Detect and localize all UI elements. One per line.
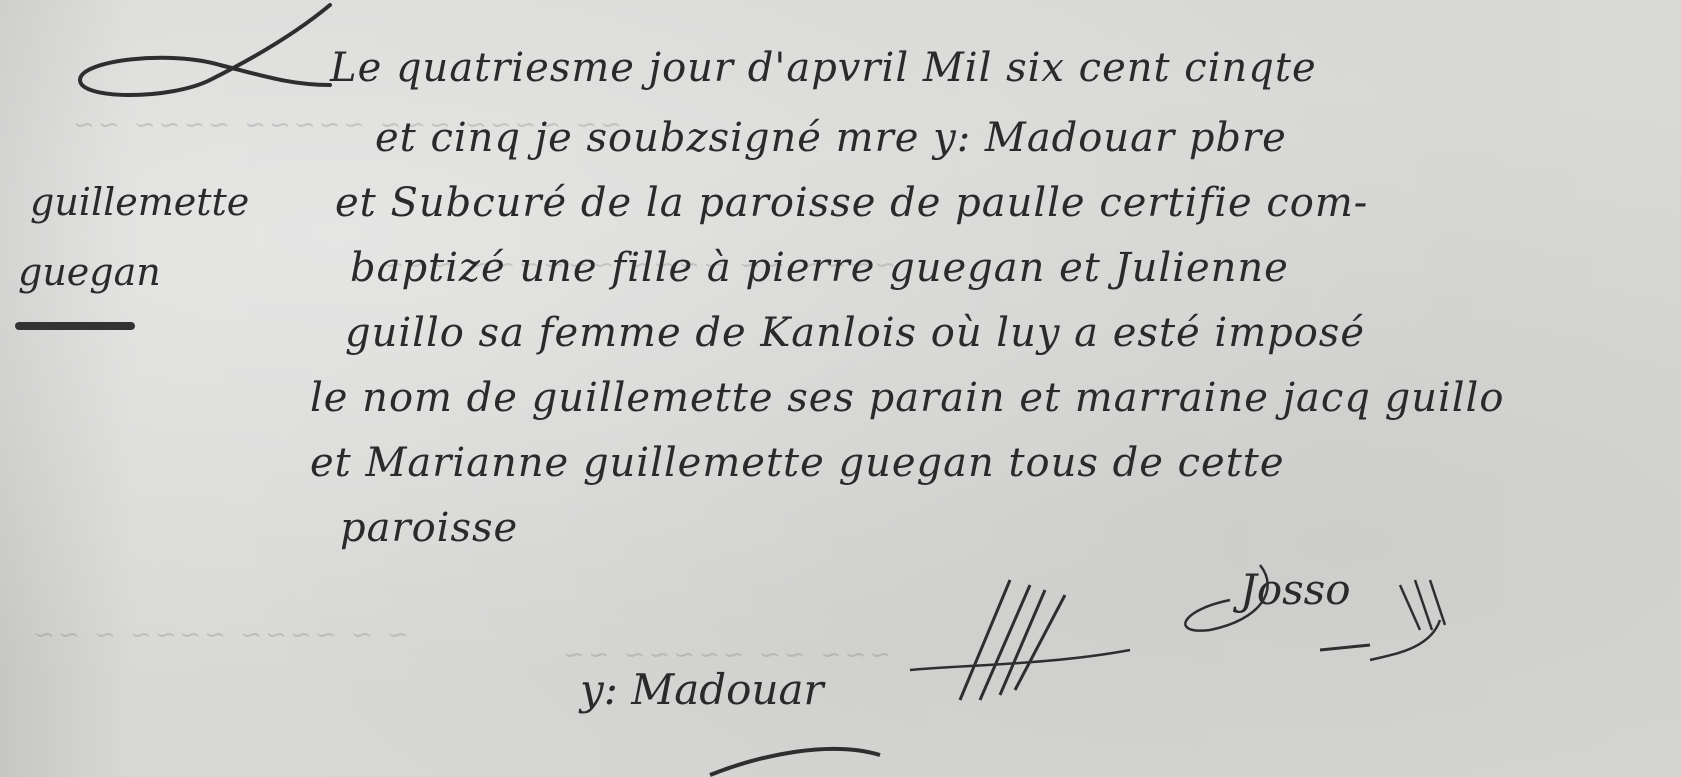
margin-underline — [15, 322, 135, 330]
margin-name-surname: guegan — [18, 250, 161, 294]
text-line-1: Le quatriesme jour d'apvril Mil six cent… — [330, 45, 1317, 91]
text-line-5: guillo sa femme de Kanlois où luy a esté… — [345, 310, 1365, 356]
text-line-2: et cinq je soubzsigné mre y: Madouar pbr… — [375, 115, 1287, 161]
signature-madouar: y: Madouar — [580, 665, 824, 714]
bleed-through-text: ~ ~ ~~~~ ~~~~ ~ ~~ — [30, 620, 409, 650]
text-line-6: le nom de guillemette ses parain et marr… — [310, 375, 1504, 421]
signature-paraph-josso — [1170, 560, 1490, 670]
bottom-flourish — [700, 735, 900, 777]
margin-name-first: guillemette — [30, 180, 249, 224]
text-line-7: et Marianne guillemette guegan tous de c… — [310, 440, 1285, 486]
register-page: ~~ ~~~~ ~~~ ~~~~~ ~~~~ ~~ ~~~~ ~~ ~~~~ ~… — [0, 0, 1681, 777]
text-line-8: paroisse — [340, 505, 518, 551]
signature-paraph-madouar — [900, 570, 1160, 710]
text-line-3: et Subcuré de la paroisse de paulle cert… — [335, 180, 1368, 226]
text-line-4: baptizé une fille à pierre guegan et Jul… — [350, 245, 1289, 291]
